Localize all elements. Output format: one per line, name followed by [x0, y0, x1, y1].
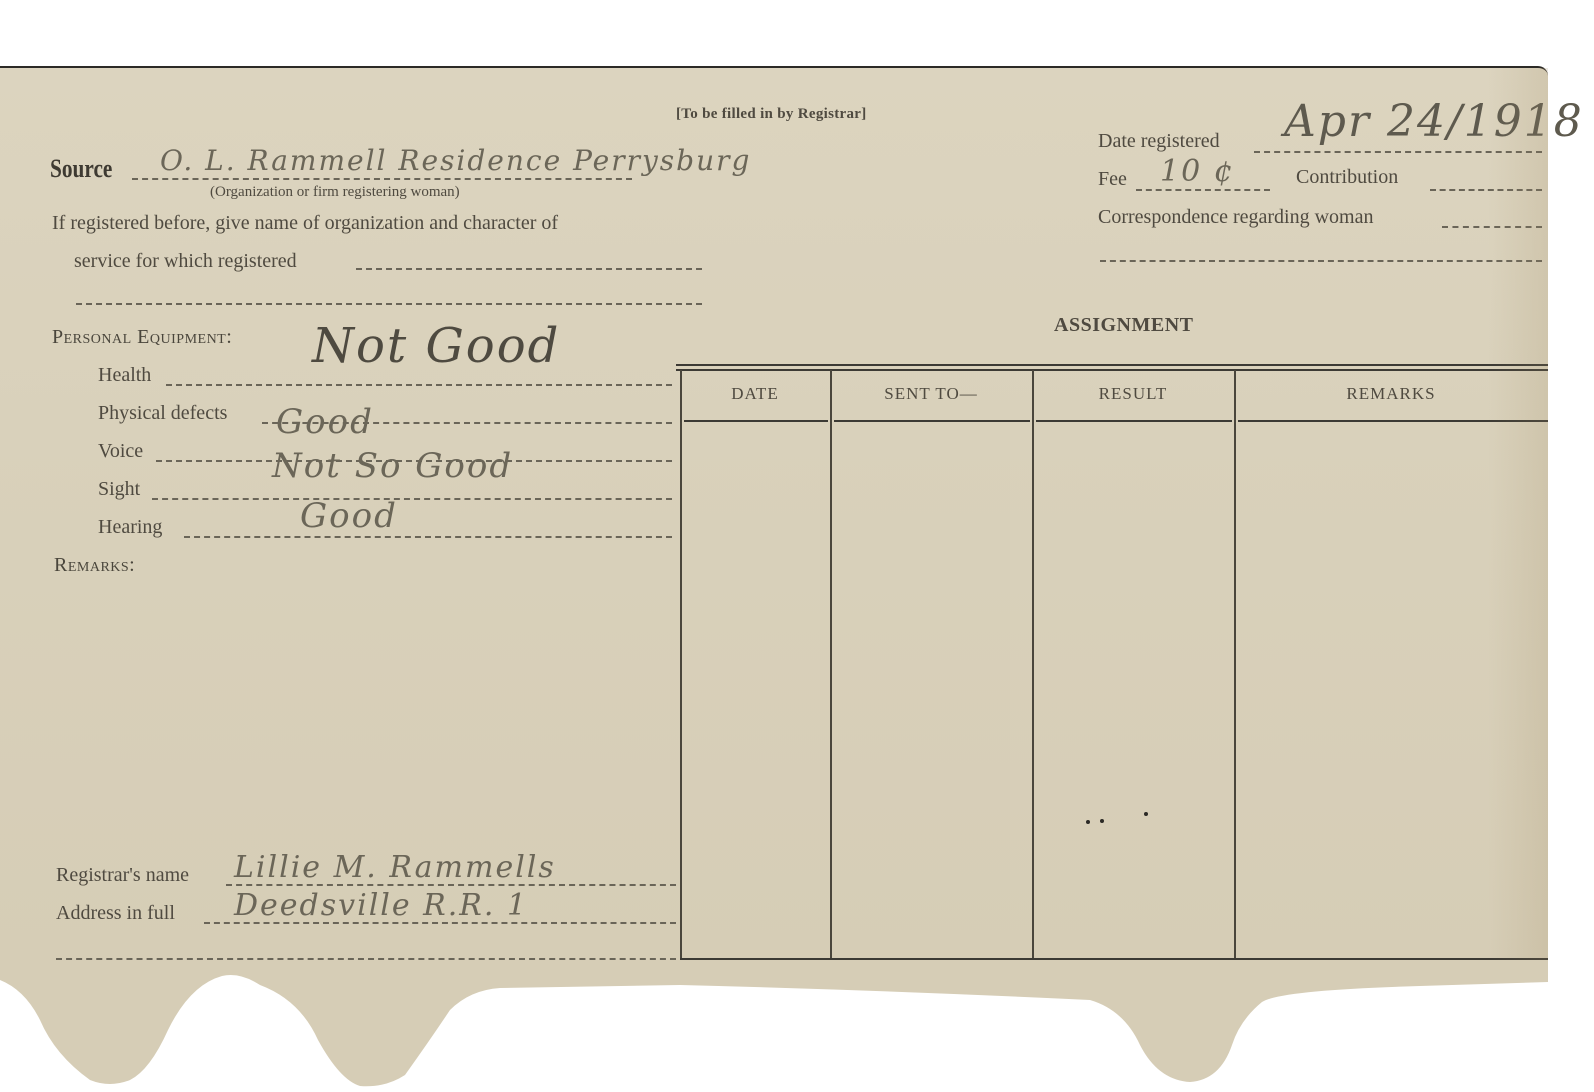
sight-line: [152, 498, 672, 500]
assignment-title: ASSIGNMENT: [1054, 314, 1193, 337]
previous-registration-line[interactable]: [356, 268, 702, 270]
health-line: [166, 384, 672, 386]
source-label: Source: [50, 154, 112, 184]
table-border-left: [680, 370, 682, 958]
contribution-line[interactable]: [1430, 189, 1542, 191]
health-label: Health: [98, 364, 151, 387]
table-divider-2: [1032, 370, 1034, 958]
assignment-top-rule: [676, 364, 1548, 366]
column-header-date: DATE: [680, 384, 830, 404]
fee-value[interactable]: 10 ¢: [1160, 154, 1235, 189]
health-value[interactable]: Not Good: [312, 318, 560, 374]
source-value[interactable]: O. L. Rammell Residence Perrysburg: [160, 144, 751, 177]
registrar-note: [To be filled in by Registrar]: [676, 106, 867, 123]
source-caption: (Organization or firm registering woman): [210, 184, 460, 201]
assignment-top-rule-2: [676, 369, 1548, 371]
ink-speck: [1144, 812, 1148, 816]
registrar-name-value[interactable]: Lillie M. Rammells: [234, 850, 556, 885]
physical-defects-label: Physical defects: [98, 402, 227, 425]
previous-registration-line1: If registered before, give name of organ…: [52, 212, 558, 235]
correspondence-line-extra[interactable]: [1100, 260, 1542, 262]
registrar-name-label: Registrar's name: [56, 864, 189, 887]
address-label: Address in full: [56, 902, 175, 925]
header-underline-remarks: [1238, 420, 1548, 422]
date-registered-label: Date registered: [1098, 130, 1220, 153]
voice-label: Voice: [98, 440, 143, 463]
voice-value[interactable]: Not So Good: [272, 446, 513, 486]
fee-line: [1136, 189, 1270, 191]
source-line: [132, 178, 632, 180]
sight-label: Sight: [98, 478, 140, 501]
hearing-value[interactable]: Good: [300, 496, 398, 536]
ink-speck: [1086, 820, 1090, 824]
column-header-remarks: REMARKS: [1234, 384, 1548, 404]
correspondence-label: Correspondence regarding woman: [1098, 206, 1373, 229]
date-registered-line: [1254, 151, 1542, 153]
header-underline-date: [684, 420, 828, 422]
contribution-label: Contribution: [1296, 166, 1398, 189]
remarks-label: Remarks:: [54, 554, 135, 577]
fee-label: Fee: [1098, 168, 1127, 191]
hearing-label: Hearing: [98, 516, 162, 539]
hearing-line: [184, 536, 672, 538]
column-header-result: RESULT: [1032, 384, 1234, 404]
correspondence-line[interactable]: [1442, 226, 1542, 228]
table-divider-3: [1234, 370, 1236, 958]
header-underline-sent-to: [834, 420, 1030, 422]
table-divider-1: [830, 370, 832, 958]
registration-card: [To be filled in by Registrar] Source O.…: [0, 66, 1548, 968]
personal-equipment-heading: Personal Equipment:: [52, 326, 232, 349]
address-value[interactable]: Deedsville R.R. 1: [234, 888, 528, 923]
physical-defects-value[interactable]: Good: [276, 402, 374, 442]
previous-registration-line2: service for which registered: [74, 250, 297, 273]
previous-registration-line-extra[interactable]: [76, 303, 702, 305]
card-bottom-tabs: [0, 960, 1594, 1092]
header-underline-result: [1036, 420, 1232, 422]
column-header-sent-to: SENT TO—: [830, 384, 1032, 404]
ink-speck: [1100, 819, 1104, 823]
date-registered-value[interactable]: Apr 24/1918: [1284, 96, 1584, 147]
